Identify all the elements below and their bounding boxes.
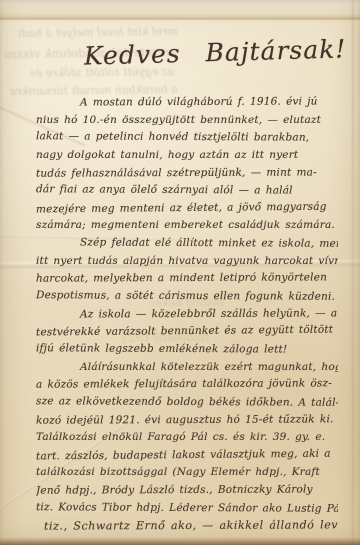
letter-line: itt nyert tudás alapján hivatva vagyunk … [36, 253, 338, 271]
letter-line: A mostan dúló világháború f. 1916. évi j… [36, 93, 338, 112]
letter-line: Szép feladat elé állított minket ez isko… [36, 234, 338, 253]
letter-line: mezejére meg menteni az életet, a jövő m… [36, 198, 338, 219]
letter-line: tart. zászlós, budapesti lakost választj… [36, 445, 338, 466]
bleedthrough-text: mrel kint lovel melyet a hadi [18, 25, 178, 40]
paper-bottom-edge [0, 537, 360, 545]
letter-line: harcokat, melyekben a mindent letipró kö… [36, 270, 338, 289]
paper-crease [0, 18, 360, 20]
letter-line: találkozási bizottsággal (Nagy Elemér hd… [36, 464, 338, 482]
letter-line: sze az elkövetkezendő boldog békés időkb… [36, 393, 338, 412]
letter-salutation: Kedves Bajtársak! [84, 34, 347, 70]
letter-body: A mostan dúló világháború f. 1916. évi j… [36, 94, 338, 535]
letter-line: Találkozási elnökül Faragó Pál cs. és ki… [36, 429, 338, 447]
letter-line: a közös emlékek felujítására találkozóra… [36, 376, 338, 395]
letter-line: ifjú életünk legszebb emlékének záloga l… [36, 340, 338, 359]
letter-line: testvérekké varázsolt bennünket és az eg… [36, 322, 338, 343]
letter-line: számára; megmenteni embereket családjuk … [36, 217, 338, 235]
letter-line: kozó idejéül 1921. évi augusztus hó 15-é… [36, 411, 338, 430]
letter-line: tudás felhasználásával szétrepüljünk, — … [36, 164, 338, 183]
letter-line: dár fiai az anya ölelő szárnyai alól — a… [36, 181, 338, 200]
letter-line: Despotismus, a sötét cárismus ellen fogu… [36, 287, 338, 306]
letter-line: Jenő hdpj., Bródy László tizds., Botnicz… [36, 481, 338, 500]
letter-line: lakat — a petelinci honvéd tisztjelölti … [36, 128, 338, 147]
paper-top-fold [0, 0, 360, 20]
paper-crease [352, 0, 354, 545]
letter-line: tiz. Kovács Tibor hdpj. Léderer Sándor a… [36, 499, 338, 518]
letter-line: Aláírásunkkal kötelezzük ezért magunkat,… [36, 359, 338, 377]
letter-line: nius hó 10.-én összegyüjtött bennünket, … [36, 112, 338, 130]
letter-line: nagy dolgokat tanulni, hogy aztán az itt… [36, 147, 338, 165]
letter-page: mrel kint lovel melyet a hadi szeretette… [0, 0, 360, 545]
letter-line: tiz., Schwartz Ernő ako, — akikkel állan… [36, 517, 338, 536]
